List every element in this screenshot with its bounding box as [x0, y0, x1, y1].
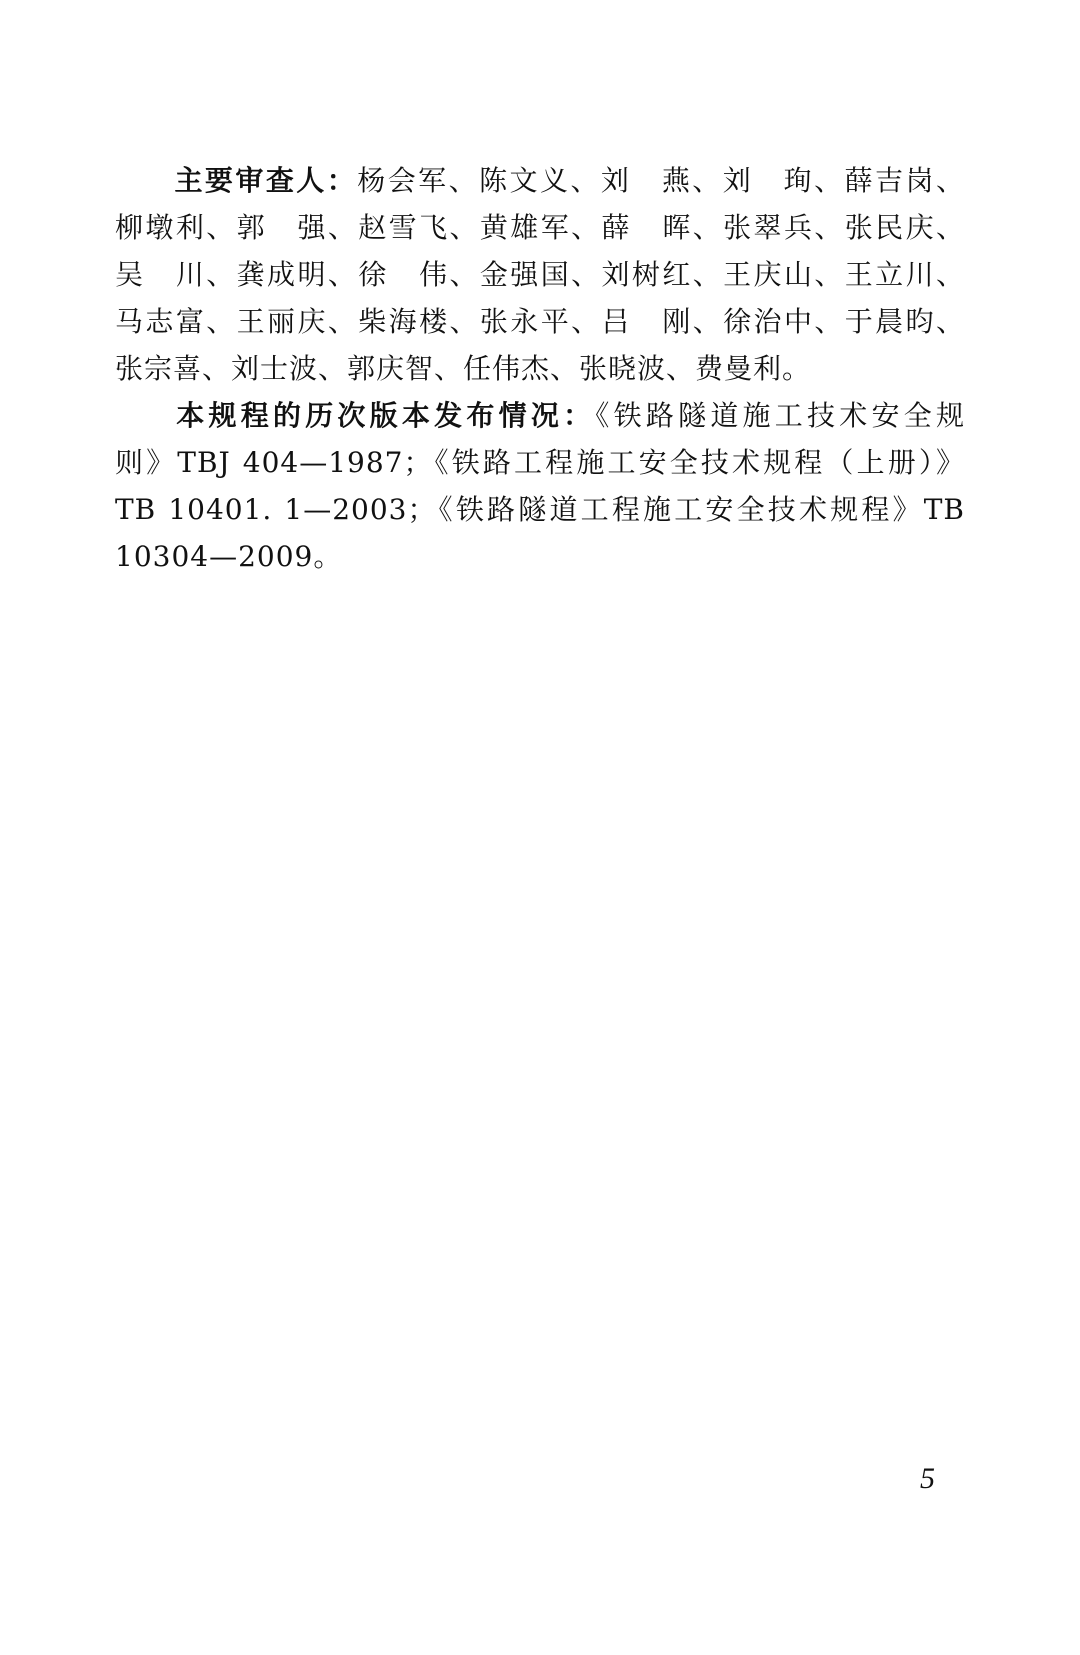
reviewers-names-1: 杨会军、陈文义、刘 燕、刘 珣、薛吉岗、	[357, 164, 965, 197]
history-text-1: 《铁路隧道施工技术安全规	[595, 399, 965, 432]
reviewers-line-1: 主要审查人：杨会军、陈文义、刘 燕、刘 珣、薛吉岗、	[115, 157, 965, 204]
reviewers-line-2: 柳墩利、郭 强、赵雪飞、黄雄军、薛 晖、张翠兵、张民庆、	[115, 204, 965, 251]
reviewers-line-3: 吴 川、龚成明、徐 伟、金强国、刘树红、王庆山、王立川、	[115, 251, 965, 298]
page-number: 5	[920, 1462, 935, 1496]
reviewers-paragraph: 主要审查人：杨会军、陈文义、刘 燕、刘 珣、薛吉岗、 柳墩利、郭 强、赵雪飞、黄…	[115, 157, 965, 392]
history-paragraph: 本规程的历次版本发布情况：《铁路隧道施工技术安全规 则》TBJ 404—1987…	[115, 392, 965, 580]
history-line-1: 本规程的历次版本发布情况：《铁路隧道施工技术安全规	[115, 392, 965, 439]
reviewers-label: 主要审查人：	[173, 164, 357, 197]
history-line-4: 10304—2009。	[115, 533, 965, 580]
history-line-2: 则》TBJ 404—1987；《铁路工程施工安全技术规程（上册）》	[115, 439, 965, 486]
history-label: 本规程的历次版本发布情况：	[173, 399, 595, 432]
history-line-3: TB 10401. 1—2003；《铁路隧道工程施工安全技术规程》TB	[115, 486, 965, 533]
reviewers-line-4: 马志富、王丽庆、柴海楼、张永平、吕 刚、徐治中、于晨昀、	[115, 298, 965, 345]
reviewers-line-5: 张宗喜、刘士波、郭庆智、任伟杰、张晓波、费曼利。	[115, 345, 965, 392]
